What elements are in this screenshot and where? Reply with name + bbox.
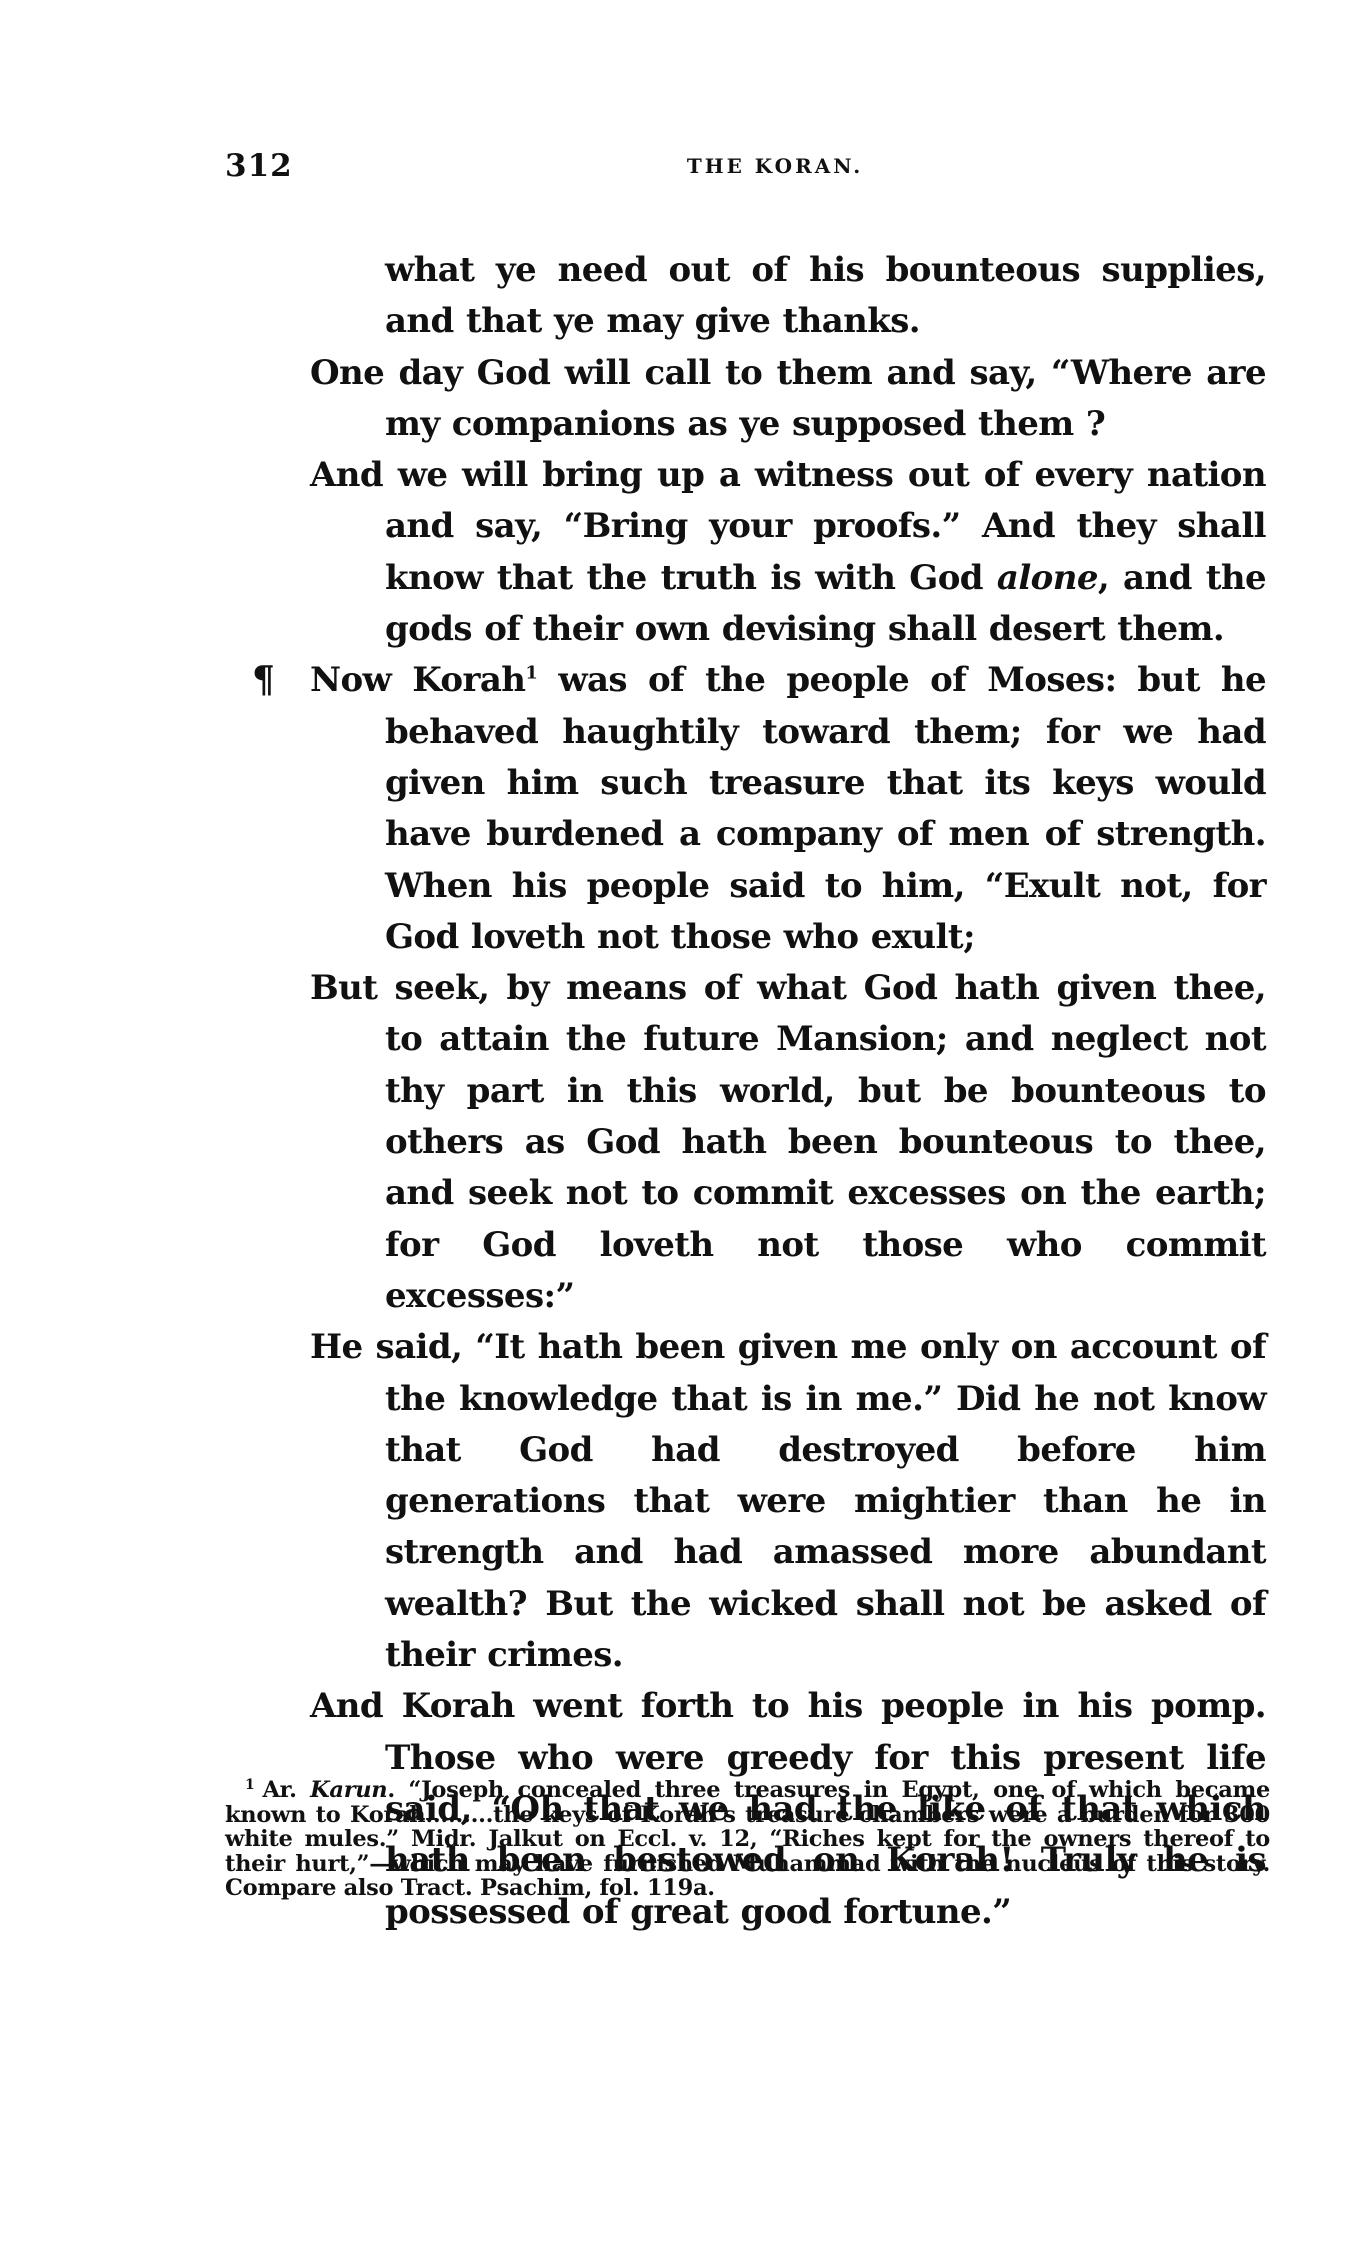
footnotes: 1Ar. Karun. “Joseph concealed three trea… bbox=[225, 1778, 1270, 1901]
body-text: what ye need out of his bounteous suppli… bbox=[310, 245, 1266, 1938]
emphasis-text: Karun bbox=[310, 1777, 387, 1803]
verse-paragraph: But seek, by means of what God hath give… bbox=[310, 963, 1266, 1322]
footnote-text: Ar. bbox=[262, 1777, 310, 1803]
verse-paragraph: One day God will call to them and say, “… bbox=[310, 348, 1266, 451]
running-head: 312 THE KORAN. bbox=[225, 148, 1270, 188]
verse-text: was of the people of Moses: but he behav… bbox=[385, 660, 1266, 956]
emphasis-text: alone bbox=[997, 558, 1098, 598]
footnote: 1Ar. Karun. “Joseph concealed three trea… bbox=[225, 1778, 1270, 1901]
footnote-mark: 1 bbox=[245, 1777, 254, 1793]
book-page: 312 THE KORAN. what ye need out of his b… bbox=[0, 0, 1347, 2242]
verse-text: what ye need out of his bounteous suppli… bbox=[385, 250, 1266, 341]
verse-text: But seek, by means of what God hath give… bbox=[310, 968, 1266, 1316]
verse-paragraph: He said, “It hath been given me only on … bbox=[310, 1322, 1266, 1681]
verse-text: One day God will call to them and say, “… bbox=[310, 353, 1266, 444]
verse-paragraph: what ye need out of his bounteous suppli… bbox=[310, 245, 1266, 348]
verse-paragraph: And we will bring up a witness out of ev… bbox=[310, 450, 1266, 655]
verse-paragraph: ¶Now Korah1 was of the people of Moses: … bbox=[310, 655, 1266, 963]
verse-text: Now Korah bbox=[310, 660, 525, 700]
pilcrow-icon: ¶ bbox=[252, 655, 274, 706]
footnote-reference[interactable]: 1 bbox=[525, 663, 537, 684]
running-title: THE KORAN. bbox=[225, 154, 1270, 178]
verse-text: He said, “It hath been given me only on … bbox=[310, 1327, 1266, 1675]
